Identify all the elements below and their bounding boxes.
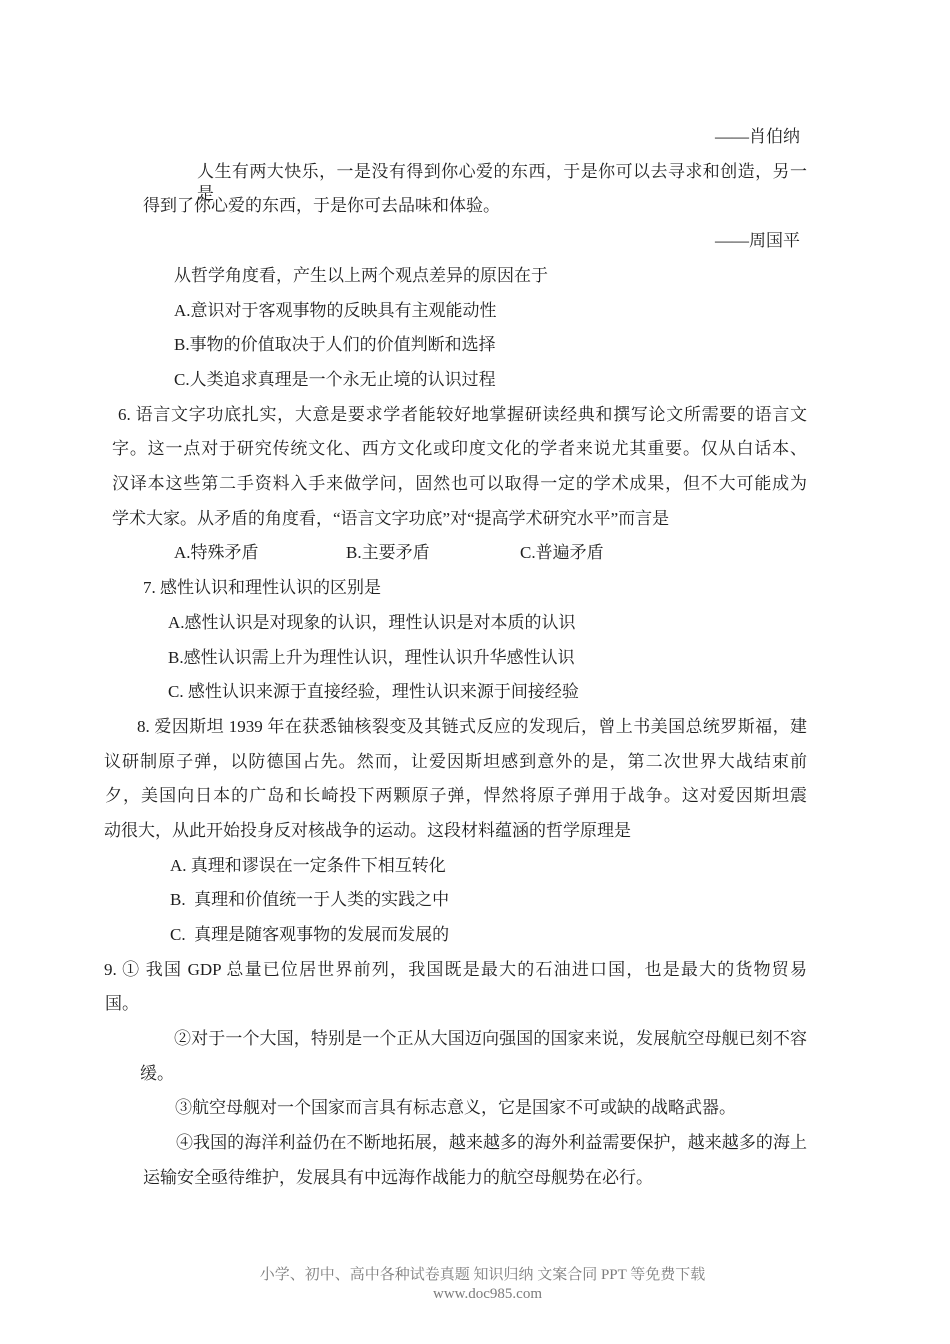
question-7-option-a: A.感性认识是对现象的认识，理性认识是对本质的认识 (168, 612, 576, 634)
question-9-item-2-line-1: ②对于一个大国，特别是一个正从大国迈向强国的国家来说，发展航空母舰已刻不容 (174, 1028, 807, 1050)
question-6-option-c: C.普遍矛盾 (520, 542, 604, 564)
question-7-option-c: C. 感性认识来源于直接经验，理性认识来源于间接经验 (168, 681, 579, 703)
question-9-item-3: ③航空母舰对一个国家而言具有标志意义，它是国家不可或缺的战略武器。 (175, 1097, 736, 1119)
question-7-stem: 7. 感性认识和理性认识的区别是 (143, 577, 381, 599)
question-6-option-b: B.主要矛盾 (346, 542, 520, 564)
question-6-line-4: 学术大家。从矛盾的角度看，“语言文字功底”对“提高学术研究水平”而言是 (112, 508, 669, 530)
question-6-options-row: A.特殊矛盾 B.主要矛盾 C.普遍矛盾 (174, 542, 604, 564)
question-8-line-2: 议研制原子弹，以防德国占先。然而，让爱因斯坦感到意外的是，第二次世界大战结束前 (104, 751, 807, 773)
question-8-line-4: 动很大，从此开始投身反对核战争的运动。这段材料蕴涵的哲学原理是 (104, 820, 631, 842)
quote-attribution-shaw: ——肖伯纳 (715, 126, 800, 148)
question-6-line-1: 6. 语言文字功底扎实，大意是要求学者能较好地掌握研读经典和撰写论文所需要的语言… (118, 404, 807, 426)
quote-attribution-zhouguoping: ——周国平 (715, 230, 800, 252)
question-9-item-1-line-1: 9. ① 我国 GDP 总量已位居世界前列，我国既是最大的石油进口国，也是最大的… (104, 959, 807, 981)
question-5-option-b: B.事物的价值取决于人们的价值判断和选择 (174, 334, 496, 356)
question-6-line-3: 汉译本这些第二手资料入手来做学问，固然也可以取得一定的学术成果，但不大可能成为 (112, 473, 807, 495)
question-9-item-1-line-2: 国。 (105, 993, 139, 1015)
page-footer: 小学、初中、高中各种试卷真题 知识归纳 文案合同 PPT 等免费下载 www.d… (0, 1247, 950, 1323)
question-8-option-a: A. 真理和谬误在一定条件下相互转化 (170, 855, 446, 877)
question-6-option-a: A.特殊矛盾 (174, 542, 346, 564)
question-9-item-2-line-2: 缓。 (140, 1063, 174, 1085)
question-9-item-4-line-1: ④我国的海洋利益仍在不断地拓展，越来越多的海外利益需要保护，越来越多的海上 (176, 1132, 807, 1154)
question-7-option-b: B.感性认识需上升为理性认识，理性认识升华感性认识 (168, 647, 575, 669)
question-6-line-2: 字。这一点对于研究传统文化、西方文化或印度文化的学者来说尤其重要。仅从白话本、 (112, 438, 807, 460)
question-8-line-3: 夕，美国向日本的广岛和长崎投下两颗原子弹，悍然将原子弹用于战争。这对爱因斯坦震 (105, 785, 807, 807)
question-8-option-b: B. 真理和价值统一于人类的实践之中 (170, 889, 449, 911)
quote-text-line-2: 得到了你心爱的东西，于是你可去品味和体验。 (143, 195, 500, 217)
question-8-line-1: 8. 爱因斯坦 1939 年在获悉铀核裂变及其链式反应的发现后，曾上书美国总统罗… (137, 716, 807, 738)
footer-watermark-text: 小学、初中、高中各种试卷真题 知识归纳 文案合同 PPT 等免费下载 (260, 1267, 706, 1283)
question-9-item-4-line-2: 运输安全亟待维护，发展具有中远海作战能力的航空母舰势在必行。 (143, 1167, 653, 1189)
document-page: ——肖伯纳 人生有两大快乐，一是没有得到你心爱的东西，于是你可以去寻求和创造，另… (0, 0, 950, 1344)
question-5-option-a: A.意识对于客观事物的反映具有主观能动性 (174, 300, 497, 322)
question-5-stem: 从哲学角度看，产生以上两个观点差异的原因在于 (174, 265, 548, 287)
question-5-option-c: C.人类追求真理是一个永无止境的认识过程 (174, 369, 496, 391)
footer-site-url: www.doc985.com (433, 1286, 542, 1302)
question-8-option-c: C. 真理是随客观事物的发展而发展的 (170, 924, 449, 946)
